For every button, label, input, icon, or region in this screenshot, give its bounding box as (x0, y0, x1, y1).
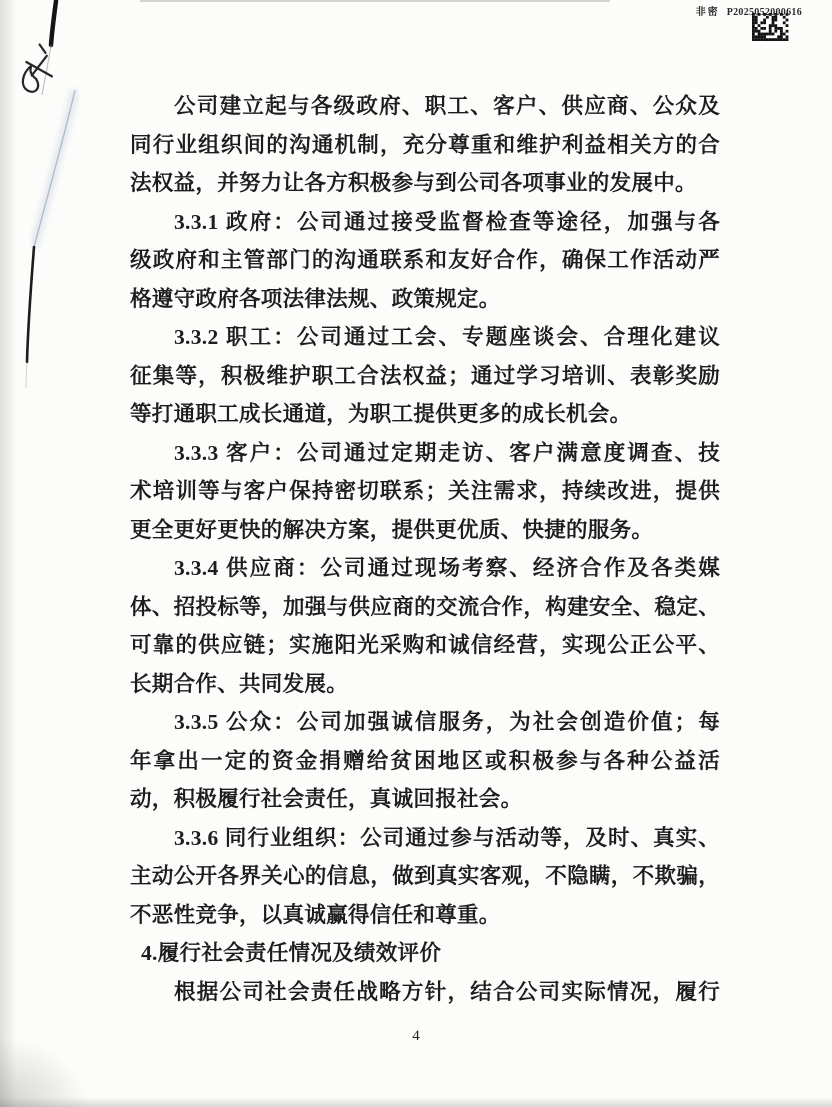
scan-shading-bottom-left-corner (0, 1037, 90, 1107)
text-line: 3.3.5 公众：公司加强诚信服务，为社会创造价值；每 (130, 703, 720, 742)
text-line: 长期合作、共同发展。 (130, 665, 720, 704)
text-line: 格遵守政府各项法律法规、政策规定。 (130, 280, 720, 319)
document-body: 公司建立起与各级政府、职工、客户、供应商、公众及同行业组织间的沟通机制，充分尊重… (130, 87, 720, 1011)
datamatrix-barcode-icon (752, 13, 789, 42)
paragraph: 4.履行社会责任情况及绩效评价 (130, 934, 720, 973)
text-line: 级政府和主管部门的沟通联系和友好合作，确保工作活动严 (130, 241, 720, 280)
text-line: 3.3.4 供应商：公司通过现场考察、经济合作及各类媒 (130, 549, 720, 588)
paragraph: 3.3.6 同行业组织：公司通过参与活动等，及时、真实、主动公开各界关心的信息，… (130, 819, 720, 935)
paragraph: 3.3.1 政府：公司通过接受监督检查等途径，加强与各级政府和主管部门的沟通联系… (130, 203, 720, 319)
page-number: 4 (0, 1028, 832, 1045)
text-line: 3.3.6 同行业组织：公司通过参与活动等，及时、真实、 (130, 819, 720, 858)
scan-shading-bottom-edge (0, 1097, 832, 1107)
paragraph: 公司建立起与各级政府、职工、客户、供应商、公众及同行业组织间的沟通机制，充分尊重… (130, 87, 720, 203)
text-line: 3.3.3 客户：公司通过定期走访、客户满意度调查、技 (130, 434, 720, 473)
paragraph: 3.3.2 职工：公司通过工会、专题座谈会、合理化建议征集等，积极维护职工合法权… (130, 318, 720, 434)
text-line: 公司建立起与各级政府、职工、客户、供应商、公众及 (130, 87, 720, 126)
text-line: 3.3.1 政府：公司通过接受监督检查等途径，加强与各 (130, 203, 720, 242)
paragraph: 3.3.4 供应商：公司通过现场考察、经济合作及各类媒体、招投标等，加强与供应商… (130, 549, 720, 703)
scan-top-edge-line (140, 0, 610, 2)
text-line: 同行业组织间的沟通机制，充分尊重和维护利益相关方的合 (130, 126, 720, 165)
text-line: 更全更好更快的解决方案，提供更优质、快捷的服务。 (130, 511, 720, 550)
text-line: 年拿出一定的资金捐赠给贫困地区或积极参与各种公益活 (130, 742, 720, 781)
text-line: 等打通职工成长通道，为职工提供更多的成长机会。 (130, 395, 720, 434)
text-line: 术培训等与客户保持密切联系；关注需求，持续改进，提供 (130, 472, 720, 511)
paragraph: 3.3.3 客户：公司通过定期走访、客户满意度调查、技术培训等与客户保持密切联系… (130, 434, 720, 550)
scanned-document-page: 非密P2025052000616 公司建立起与各级政府、职工、客户、供应商、公众… (0, 0, 832, 1107)
text-line: 4.履行社会责任情况及绩效评价 (130, 934, 720, 973)
text-line: 3.3.2 职工：公司通过工会、专题座谈会、合理化建议 (130, 318, 720, 357)
text-line: 征集等，积极维护职工合法权益；通过学习培训、表彰奖励 (130, 357, 720, 396)
text-line: 体、招投标等，加强与供应商的交流合作，构建安全、稳定、 (130, 588, 720, 627)
text-line: 可靠的供应链；实施阳光采购和诚信经营，实现公正公平、 (130, 626, 720, 665)
paragraph: 根据公司社会责任战略方针，结合公司实际情况，履行 (130, 973, 720, 1012)
text-line: 根据公司社会责任战略方针，结合公司实际情况，履行 (130, 973, 720, 1012)
text-line: 法权益，并努力让各方积极参与到公司各项事业的发展中。 (130, 164, 720, 203)
text-line: 不恶性竞争，以真诚赢得信任和尊重。 (130, 896, 720, 935)
classification-label: 非密 (696, 7, 720, 18)
text-line: 动，积极履行社会责任，真诚回报社会。 (130, 780, 720, 819)
handwritten-pen-scribble-icon (7, 37, 65, 98)
paragraph: 3.3.5 公众：公司加强诚信服务，为社会创造价值；每年拿出一定的资金捐赠给贫困… (130, 703, 720, 819)
text-line: 主动公开各界关心的信息，做到真实客观，不隐瞒，不欺骗， (130, 857, 720, 896)
